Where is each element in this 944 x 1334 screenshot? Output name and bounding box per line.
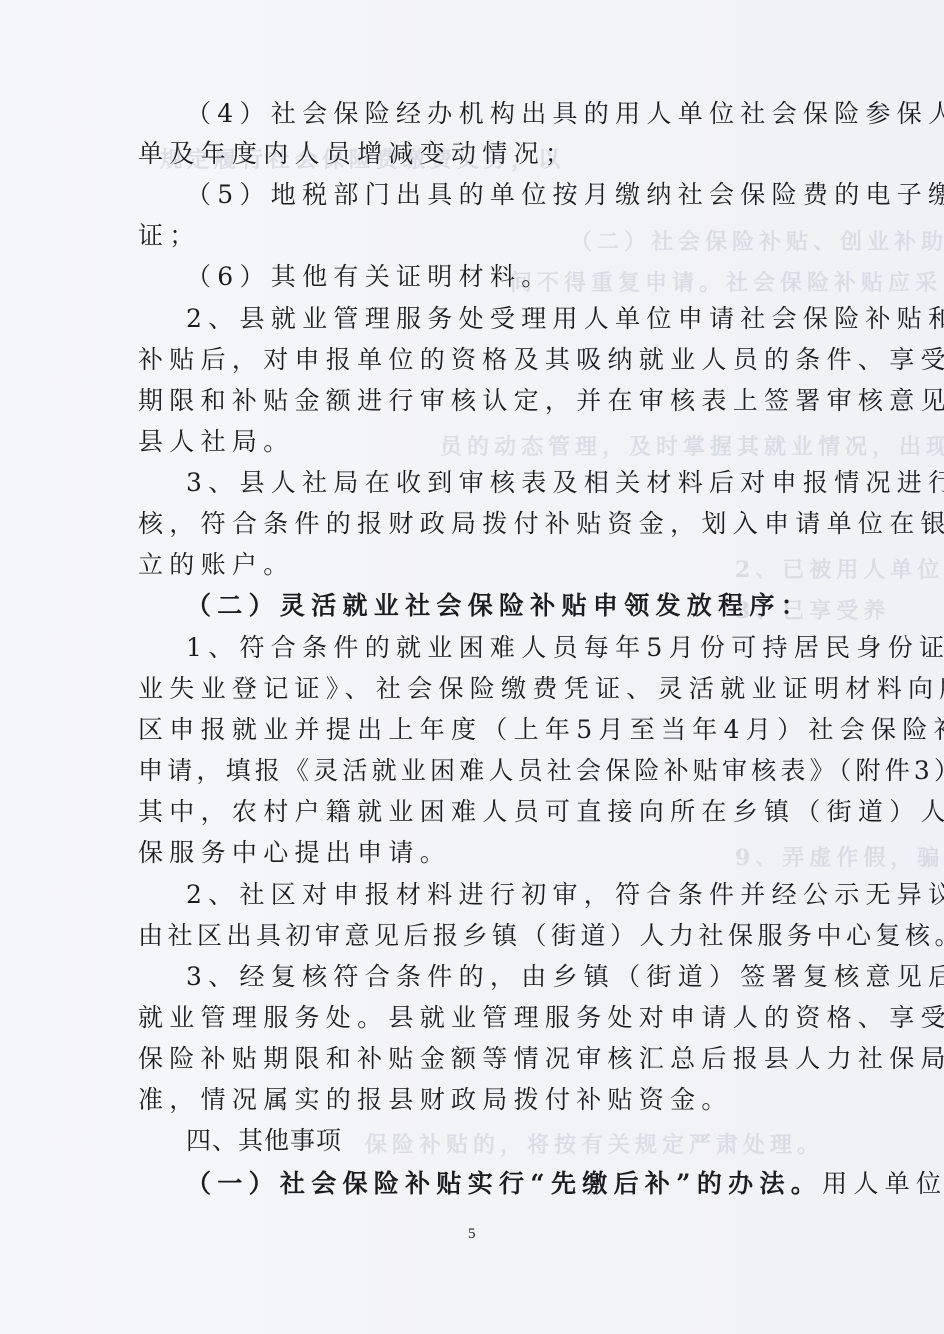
paragraph-line: 县人社局。 (138, 421, 812, 462)
paragraph-line: 由社区出具初审意见后报乡镇（街道）人力社保服务中心复核。 (138, 915, 812, 956)
paragraph-line: 2、县就业管理服务处受理用人单位申请社会保险补贴和岗位 (186, 298, 812, 339)
paragraph-line: 区申报就业并提出上年度（上年5月至当年4月）社会保险补贴 (138, 709, 812, 750)
paragraph-line: （6）其他有关证明材料。 (186, 256, 812, 297)
section-heading: 四、其他事项 (186, 1120, 812, 1161)
paragraph-line: （4）社会保险经办机构出具的用人单位社会保险参保人员名 (186, 93, 812, 134)
paragraph-line: 1、符合条件的就业困难人员每年5月份可持居民身份证、《就 (186, 627, 812, 668)
bold-lead-text: （一）社会保险补贴实行“先缴后补”的办法。 (186, 1169, 822, 1198)
paragraph-line: 2、社区对申报材料进行初审，符合条件并经公示无异议的， (186, 874, 812, 915)
section-subheading: （二）灵活就业社会保险补贴申领发放程序： (186, 585, 812, 626)
paragraph-line: 其中，农村户籍就业困难人员可直接向所在乡镇（街道）人力社 (138, 791, 812, 832)
paragraph-line: 证； (138, 215, 812, 256)
paragraph-line: 单及年度内人员增减变动情况； (138, 133, 812, 174)
paragraph-line: 3、经复核符合条件的，由乡镇（街道）签署复核意见后报县 (186, 956, 812, 997)
paragraph-line: 保服务中心提出申请。 (138, 832, 812, 873)
paragraph-line: 就业管理服务处。县就业管理服务处对申请人的资格、享受社会 (138, 997, 812, 1038)
paragraph-line: 期限和补贴金额进行审核认定，并在审核表上签署审核意见后报 (138, 380, 812, 421)
paragraph-line: 核，符合条件的报财政局拨付补贴资金，划入申请单位在银行开 (138, 503, 812, 544)
paragraph-tail-text: 用人单位和 (822, 1169, 944, 1198)
paragraph-line: （一）社会保险补贴实行“先缴后补”的办法。用人单位和 (186, 1163, 812, 1204)
page-number: 5 (468, 1226, 476, 1243)
paragraph-line: 3、县人社局在收到审核表及相关材料后对申报情况进行复 (186, 462, 812, 503)
paragraph-line: 立的账户。 (138, 544, 812, 585)
paragraph-line: 申请，填报《灵活就业困难人员社会保险补贴审核表》（附件3）。 (138, 750, 812, 791)
document-page: 规定履行社会保险费缴费义务，以 （二）社会保险补贴、创业补助、小额担保贷款贴息项… (0, 0, 944, 1334)
paragraph-line: 准，情况属实的报县财政局拨付补贴资金。 (138, 1079, 812, 1120)
paragraph-line: 保险补贴期限和补贴金额等情况审核汇总后报县人力社保局核 (138, 1038, 812, 1079)
paragraph-line: 补贴后，对申报单位的资格及其吸纳就业人员的条件、享受补贴 (138, 339, 812, 380)
paragraph-line: 业失业登记证》、社会保险缴费凭证、灵活就业证明材料向所在社 (138, 668, 812, 709)
paragraph-line: （5）地税部门出具的单位按月缴纳社会保险费的电子缴款凭 (186, 174, 812, 215)
